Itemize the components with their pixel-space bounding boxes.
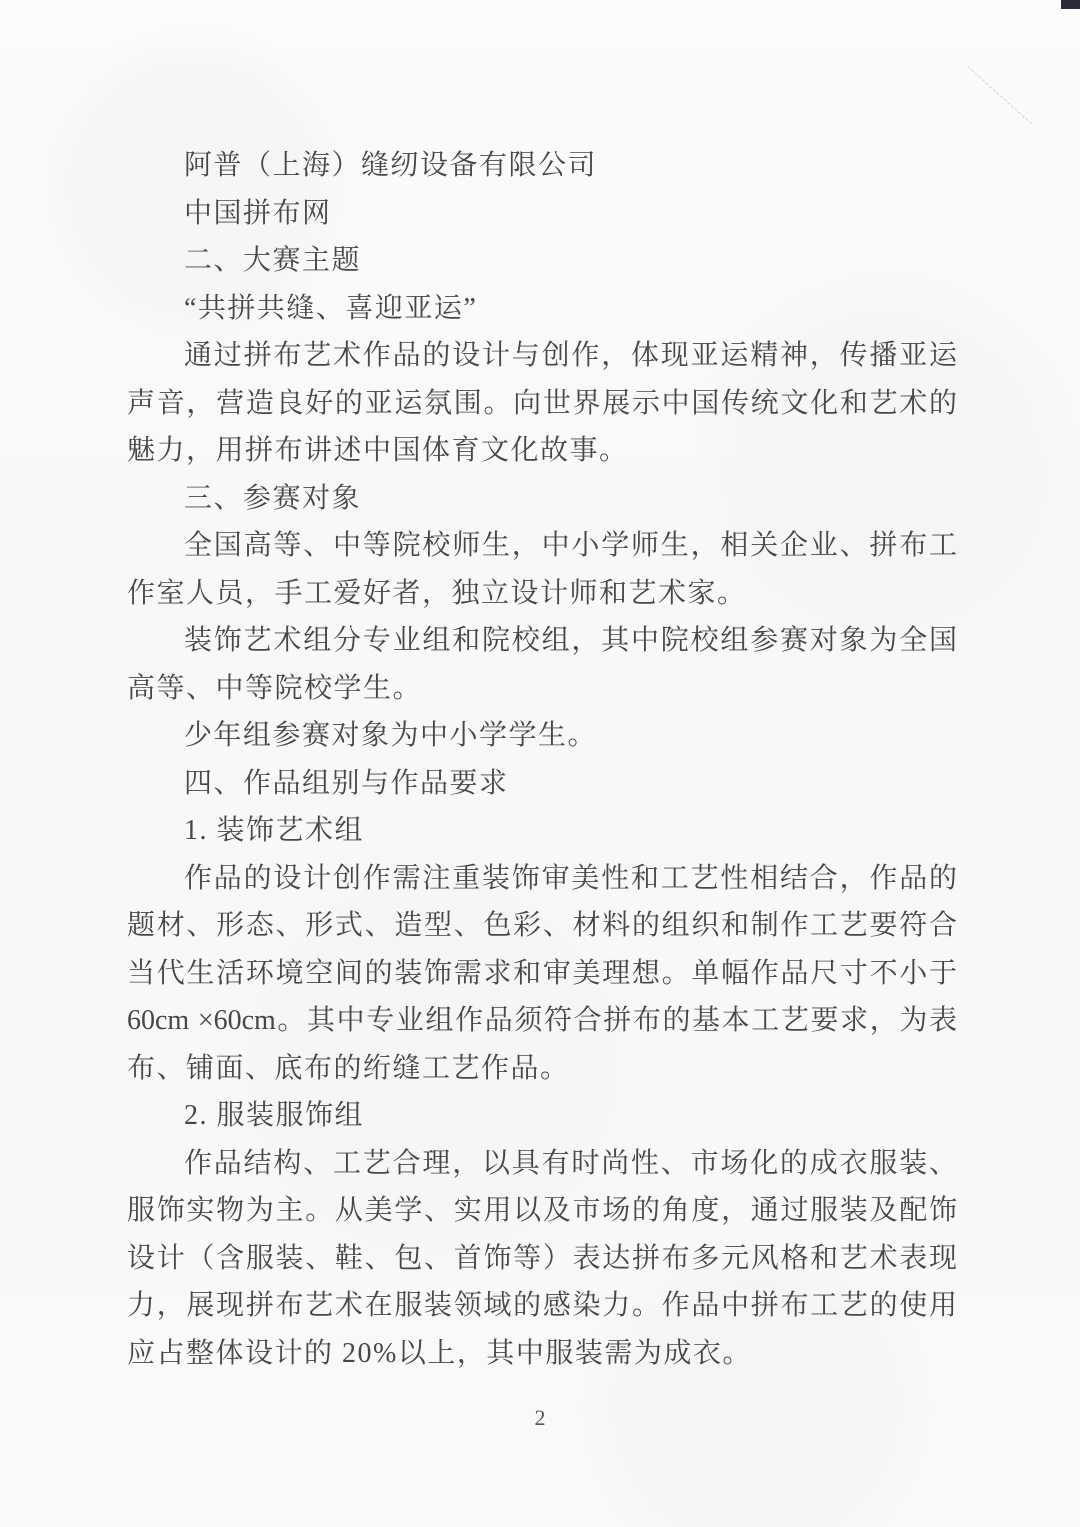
text-line: 魅力，用拼布讲述中国体育文化故事。 xyxy=(127,427,957,475)
text-line: 装饰艺术组分专业组和院校组，其中院校组参赛对象为全国 xyxy=(127,617,957,665)
text-line: 1. 装饰艺术组 xyxy=(127,807,957,855)
text-line: 当代生活环境空间的装饰需求和审美理想。单幅作品尺寸不小于 xyxy=(127,950,957,998)
text-line: 60cm ×60cm。其中专业组作品须符合拼布的基本工艺要求，为表 xyxy=(127,997,957,1045)
page-number: 2 xyxy=(0,1405,1080,1431)
text-line: 中国拼布网 xyxy=(127,190,957,238)
text-line: 题材、形态、形式、造型、色彩、材料的组织和制作工艺要符合 xyxy=(127,902,957,950)
text-line: 声音，营造良好的亚运氛围。向世界展示中国传统文化和艺术的 xyxy=(127,380,957,428)
text-line: 布、铺面、底布的绗缝工艺作品。 xyxy=(127,1045,957,1093)
text-line: “共拼共缝、喜迎亚运” xyxy=(127,285,957,333)
document-body: 阿普（上海）缝纫设备有限公司中国拼布网二、大赛主题“共拼共缝、喜迎亚运”通过拼布… xyxy=(127,142,957,1377)
text-line: 四、作品组别与作品要求 xyxy=(127,760,957,808)
scanned-document-page: 阿普（上海）缝纫设备有限公司中国拼布网二、大赛主题“共拼共缝、喜迎亚运”通过拼布… xyxy=(0,0,1080,1527)
text-line: 少年组参赛对象为中小学学生。 xyxy=(127,712,957,760)
text-line: 应占整体设计的 20%以上，其中服装需为成衣。 xyxy=(127,1330,957,1378)
text-line: 二、大赛主题 xyxy=(127,237,957,285)
text-line: 阿普（上海）缝纫设备有限公司 xyxy=(127,142,957,190)
text-line: 三、参赛对象 xyxy=(127,475,957,523)
text-line: 通过拼布艺术作品的设计与创作，体现亚运精神，传播亚运 xyxy=(127,332,957,380)
text-line: 作品的设计创作需注重装饰审美性和工艺性相结合，作品的 xyxy=(127,855,957,903)
text-line: 作室人员，手工爱好者，独立设计师和艺术家。 xyxy=(127,570,957,618)
scan-corner-artifact xyxy=(1061,0,1080,9)
text-line: 作品结构、工艺合理，以具有时尚性、市场化的成衣服装、 xyxy=(127,1140,957,1188)
text-line: 力，展现拼布艺术在服装领域的感染力。作品中拼布工艺的使用 xyxy=(127,1282,957,1330)
text-line: 设计（含服装、鞋、包、首饰等）表达拼布多元风格和艺术表现 xyxy=(127,1235,957,1283)
scan-crease-artifact xyxy=(967,66,1032,124)
text-line: 2. 服装服饰组 xyxy=(127,1092,957,1140)
text-line: 高等、中等院校学生。 xyxy=(127,665,957,713)
text-line: 全国高等、中等院校师生，中小学师生，相关企业、拼布工 xyxy=(127,522,957,570)
text-line: 服饰实物为主。从美学、实用以及市场的角度，通过服装及配饰 xyxy=(127,1187,957,1235)
